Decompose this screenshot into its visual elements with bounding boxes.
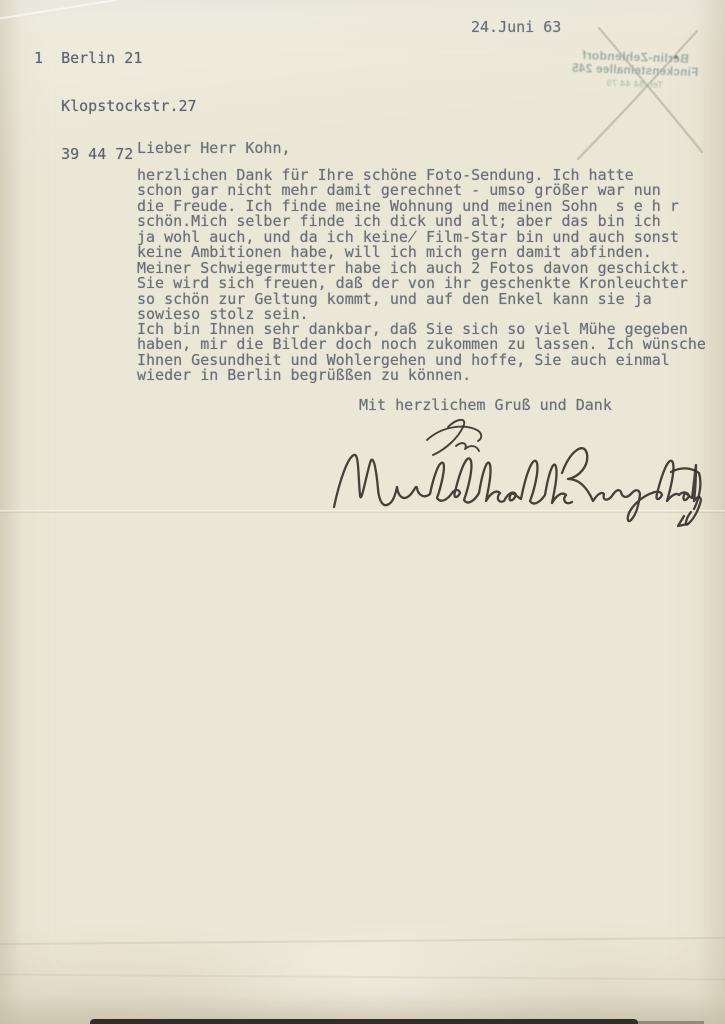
letter-date: 24.Juni 63 <box>471 20 561 35</box>
signature-prefix-ihre <box>427 420 481 455</box>
reverse-side-stamp: Berlin-Zehlendorf Finckensteinallee 245 … <box>549 47 720 93</box>
scan-edge-shadow <box>90 1019 638 1024</box>
signature-name-text: Muschelkalk Ringelnatz <box>0 0 1 1</box>
sender-line: 1 Berlin 21 <box>34 50 197 66</box>
signature-name-ringelnatz <box>562 448 701 526</box>
scanned-letter-page: 1 Berlin 21 Klopstockstr.27 39 44 72 24.… <box>0 0 725 1024</box>
fold-crease <box>0 973 725 980</box>
handwritten-signature <box>300 405 725 540</box>
sender-line: Klopstockstr.27 <box>34 98 197 114</box>
body-paragraph-1: herzlichen Dank für Ihre schöne Foto-Sen… <box>137 168 688 323</box>
body-paragraph-2: Ich bin Ihnen sehr dankbar, daß Sie sich… <box>137 322 706 384</box>
fold-crease <box>0 937 725 946</box>
signature-prefix-text: Ihre <box>0 0 1 1</box>
salutation: Lieber Herr Kohn, <box>137 141 291 156</box>
signature-name-muschelkalk <box>334 455 572 507</box>
